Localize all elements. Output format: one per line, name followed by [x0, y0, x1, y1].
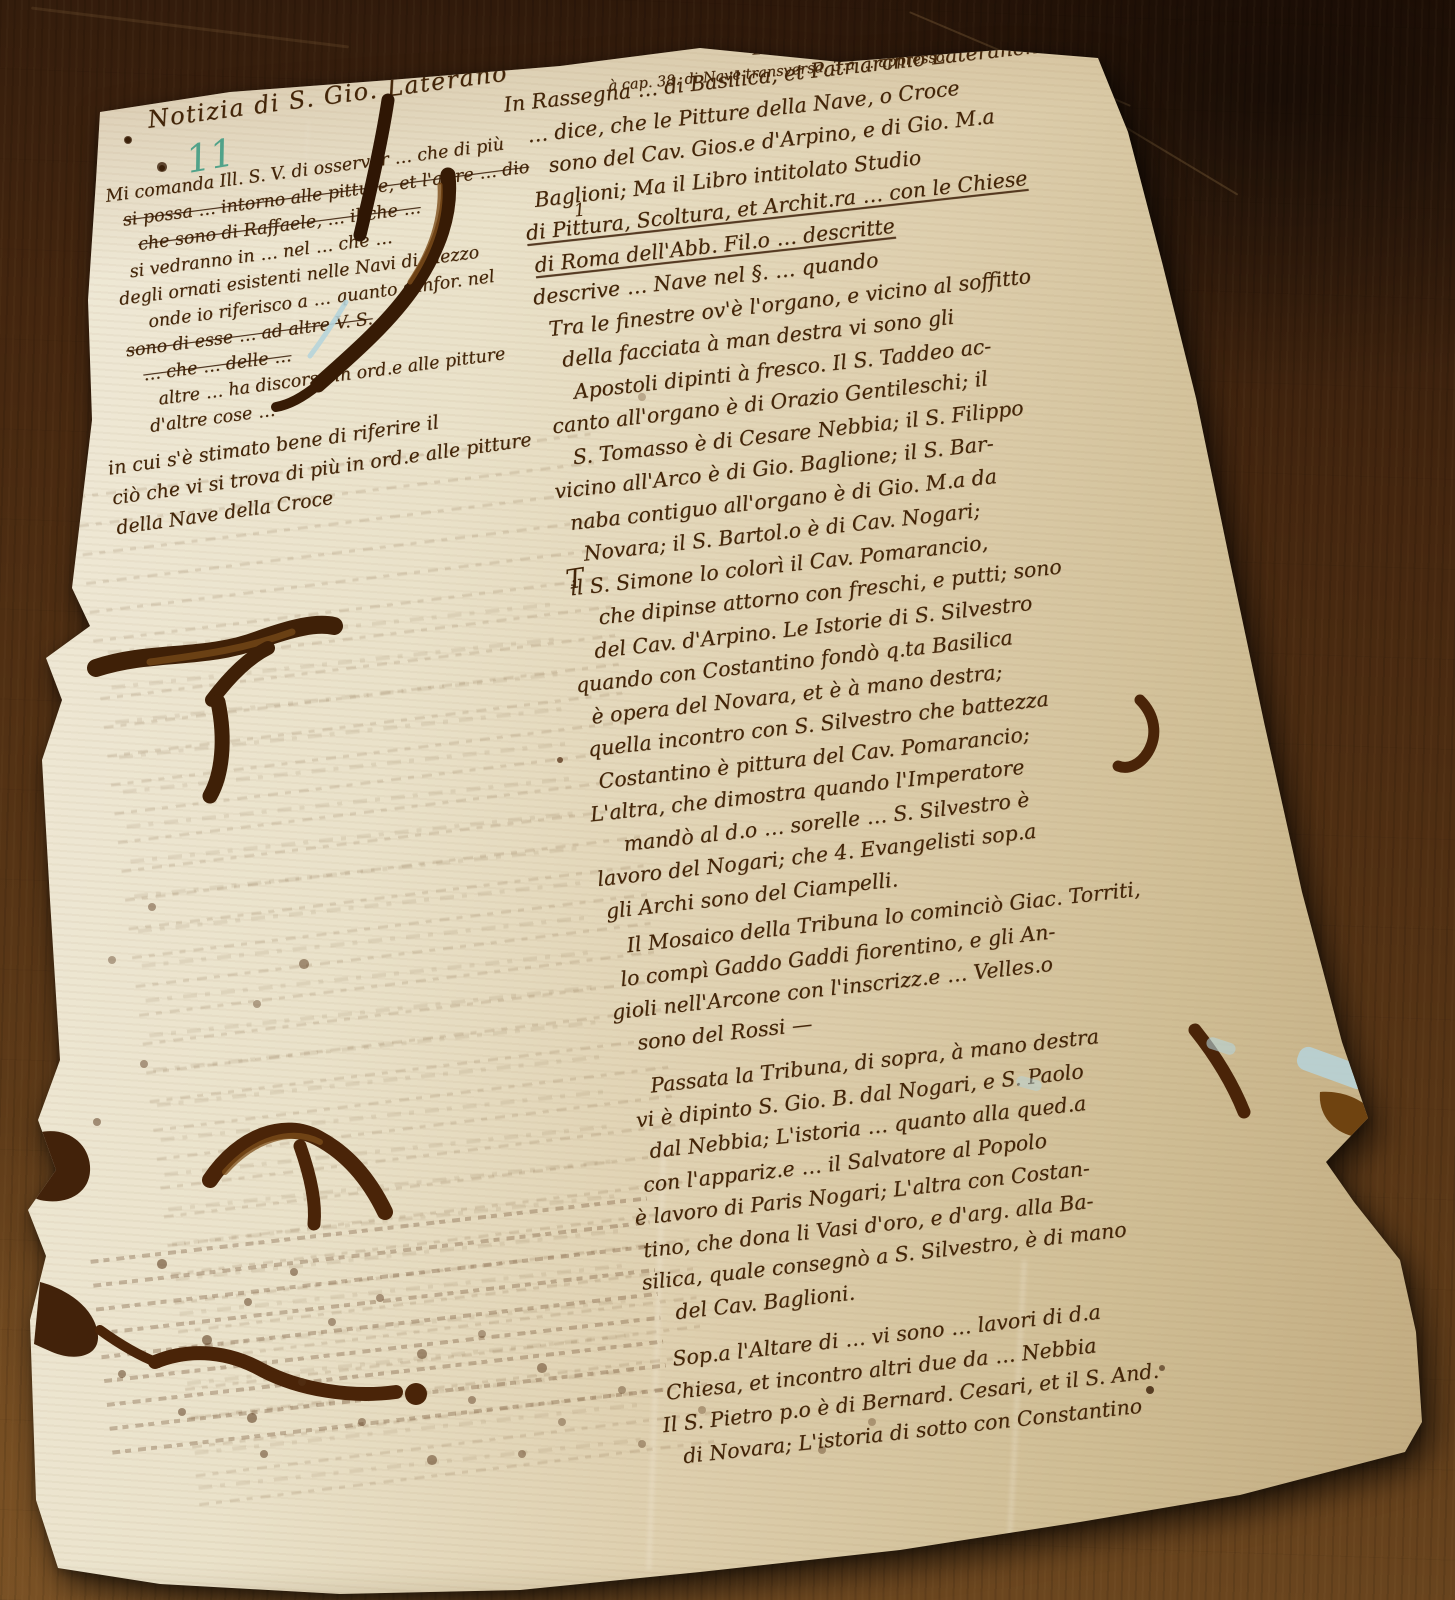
- repair-patch: [1351, 1068, 1393, 1089]
- repair-patch: [1294, 1044, 1372, 1092]
- bleedthrough-text: [88, 1177, 671, 1474]
- bleedthrough-text: [104, 571, 646, 1494]
- paper-shadow-wrap: Notizia di S. Gio. Laterano 11 Mi comand…: [0, 0, 1455, 1600]
- ink-speckles: [0, 0, 4, 4]
- right-column: In Rassegna … di Basilica, et Patriarchi…: [510, 17, 1309, 1475]
- manuscript-page: Notizia di S. Gio. Laterano 11 Mi comand…: [0, 0, 1455, 1600]
- photo-scene: Notizia di S. Gio. Laterano 11 Mi comand…: [0, 0, 1455, 1600]
- margin-mark: 1: [573, 199, 587, 221]
- right-column-header-line: Laterano … Batt.a … I…: [752, 32, 912, 58]
